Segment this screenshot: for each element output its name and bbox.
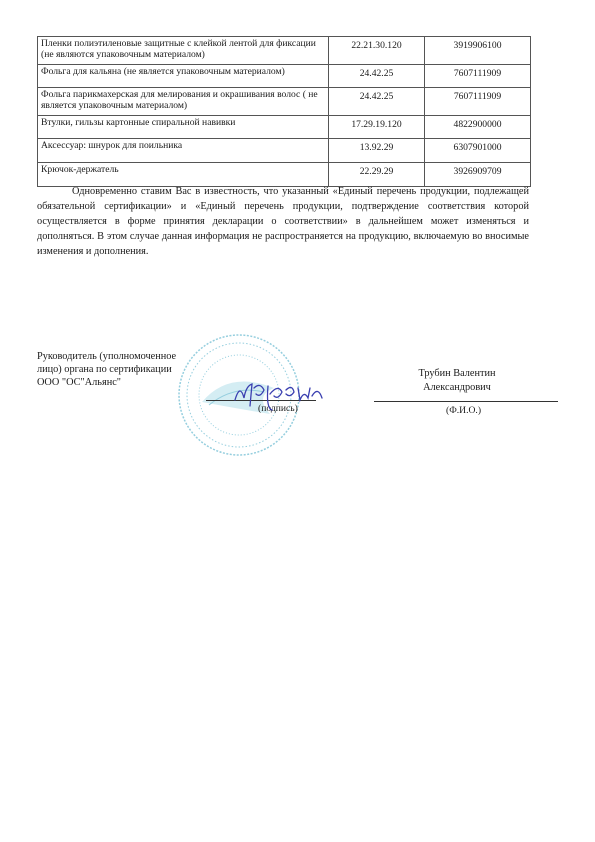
fio-line [374, 401, 558, 402]
table-row: Фольга для кальяна (не является упаковоч… [38, 65, 531, 88]
products-table: Пленки полиэтиленовые защитные с клейкой… [37, 36, 531, 187]
table-row: Фольга парикмахерская для мелирования и … [38, 88, 531, 116]
okpd2-code: 24.42.25 [329, 65, 425, 88]
okpd2-code: 24.42.25 [329, 88, 425, 116]
okpd2-code: 22.21.30.120 [329, 37, 425, 65]
product-name: Втулки, гильзы картонные спиральной нави… [38, 116, 329, 139]
signer-name: Трубин Валентин Александрович [402, 367, 512, 395]
okpd2-code: 22.29.29 [329, 163, 425, 187]
document-page: Пленки полиэтиленовые защитные с клейкой… [0, 0, 595, 842]
role-line: ООО "ОС"Альянс" [37, 376, 207, 389]
tnved-code: 7607111909 [425, 65, 531, 88]
table-row: Пленки полиэтиленовые защитные с клейкой… [38, 37, 531, 65]
fio-caption: (Ф.И.О.) [446, 405, 481, 416]
table-row: Аксессуар: шнурок для поильника 13.92.29… [38, 139, 531, 163]
product-name: Пленки полиэтиленовые защитные с клейкой… [38, 37, 329, 65]
tnved-code: 3919906100 [425, 37, 531, 65]
product-name: Аксессуар: шнурок для поильника [38, 139, 329, 163]
name-line: Александрович [402, 381, 512, 395]
okpd2-code: 13.92.29 [329, 139, 425, 163]
tnved-code: 4822900000 [425, 116, 531, 139]
okpd2-code: 17.29.19.120 [329, 116, 425, 139]
tnved-code: 6307901000 [425, 139, 531, 163]
tnved-code: 3926909709 [425, 163, 531, 187]
tnved-code: 7607111909 [425, 88, 531, 116]
product-name: Фольга для кальяна (не является упаковоч… [38, 65, 329, 88]
product-name: Фольга парикмахерская для мелирования и … [38, 88, 329, 116]
product-name: Крючок-держатель [38, 163, 329, 187]
signature-line [206, 400, 316, 401]
signature-caption: (подпись) [258, 403, 298, 414]
notice-paragraph: Одновременно ставим Вас в известность, ч… [37, 184, 529, 259]
signer-role: Руководитель (уполномоченное лицо) орган… [37, 350, 207, 389]
table-row: Крючок-держатель 22.29.29 3926909709 [38, 163, 531, 187]
role-line: Руководитель (уполномоченное [37, 350, 207, 363]
name-line: Трубин Валентин [402, 367, 512, 381]
role-line: лицо) органа по сертификации [37, 363, 207, 376]
table-row: Втулки, гильзы картонные спиральной нави… [38, 116, 531, 139]
